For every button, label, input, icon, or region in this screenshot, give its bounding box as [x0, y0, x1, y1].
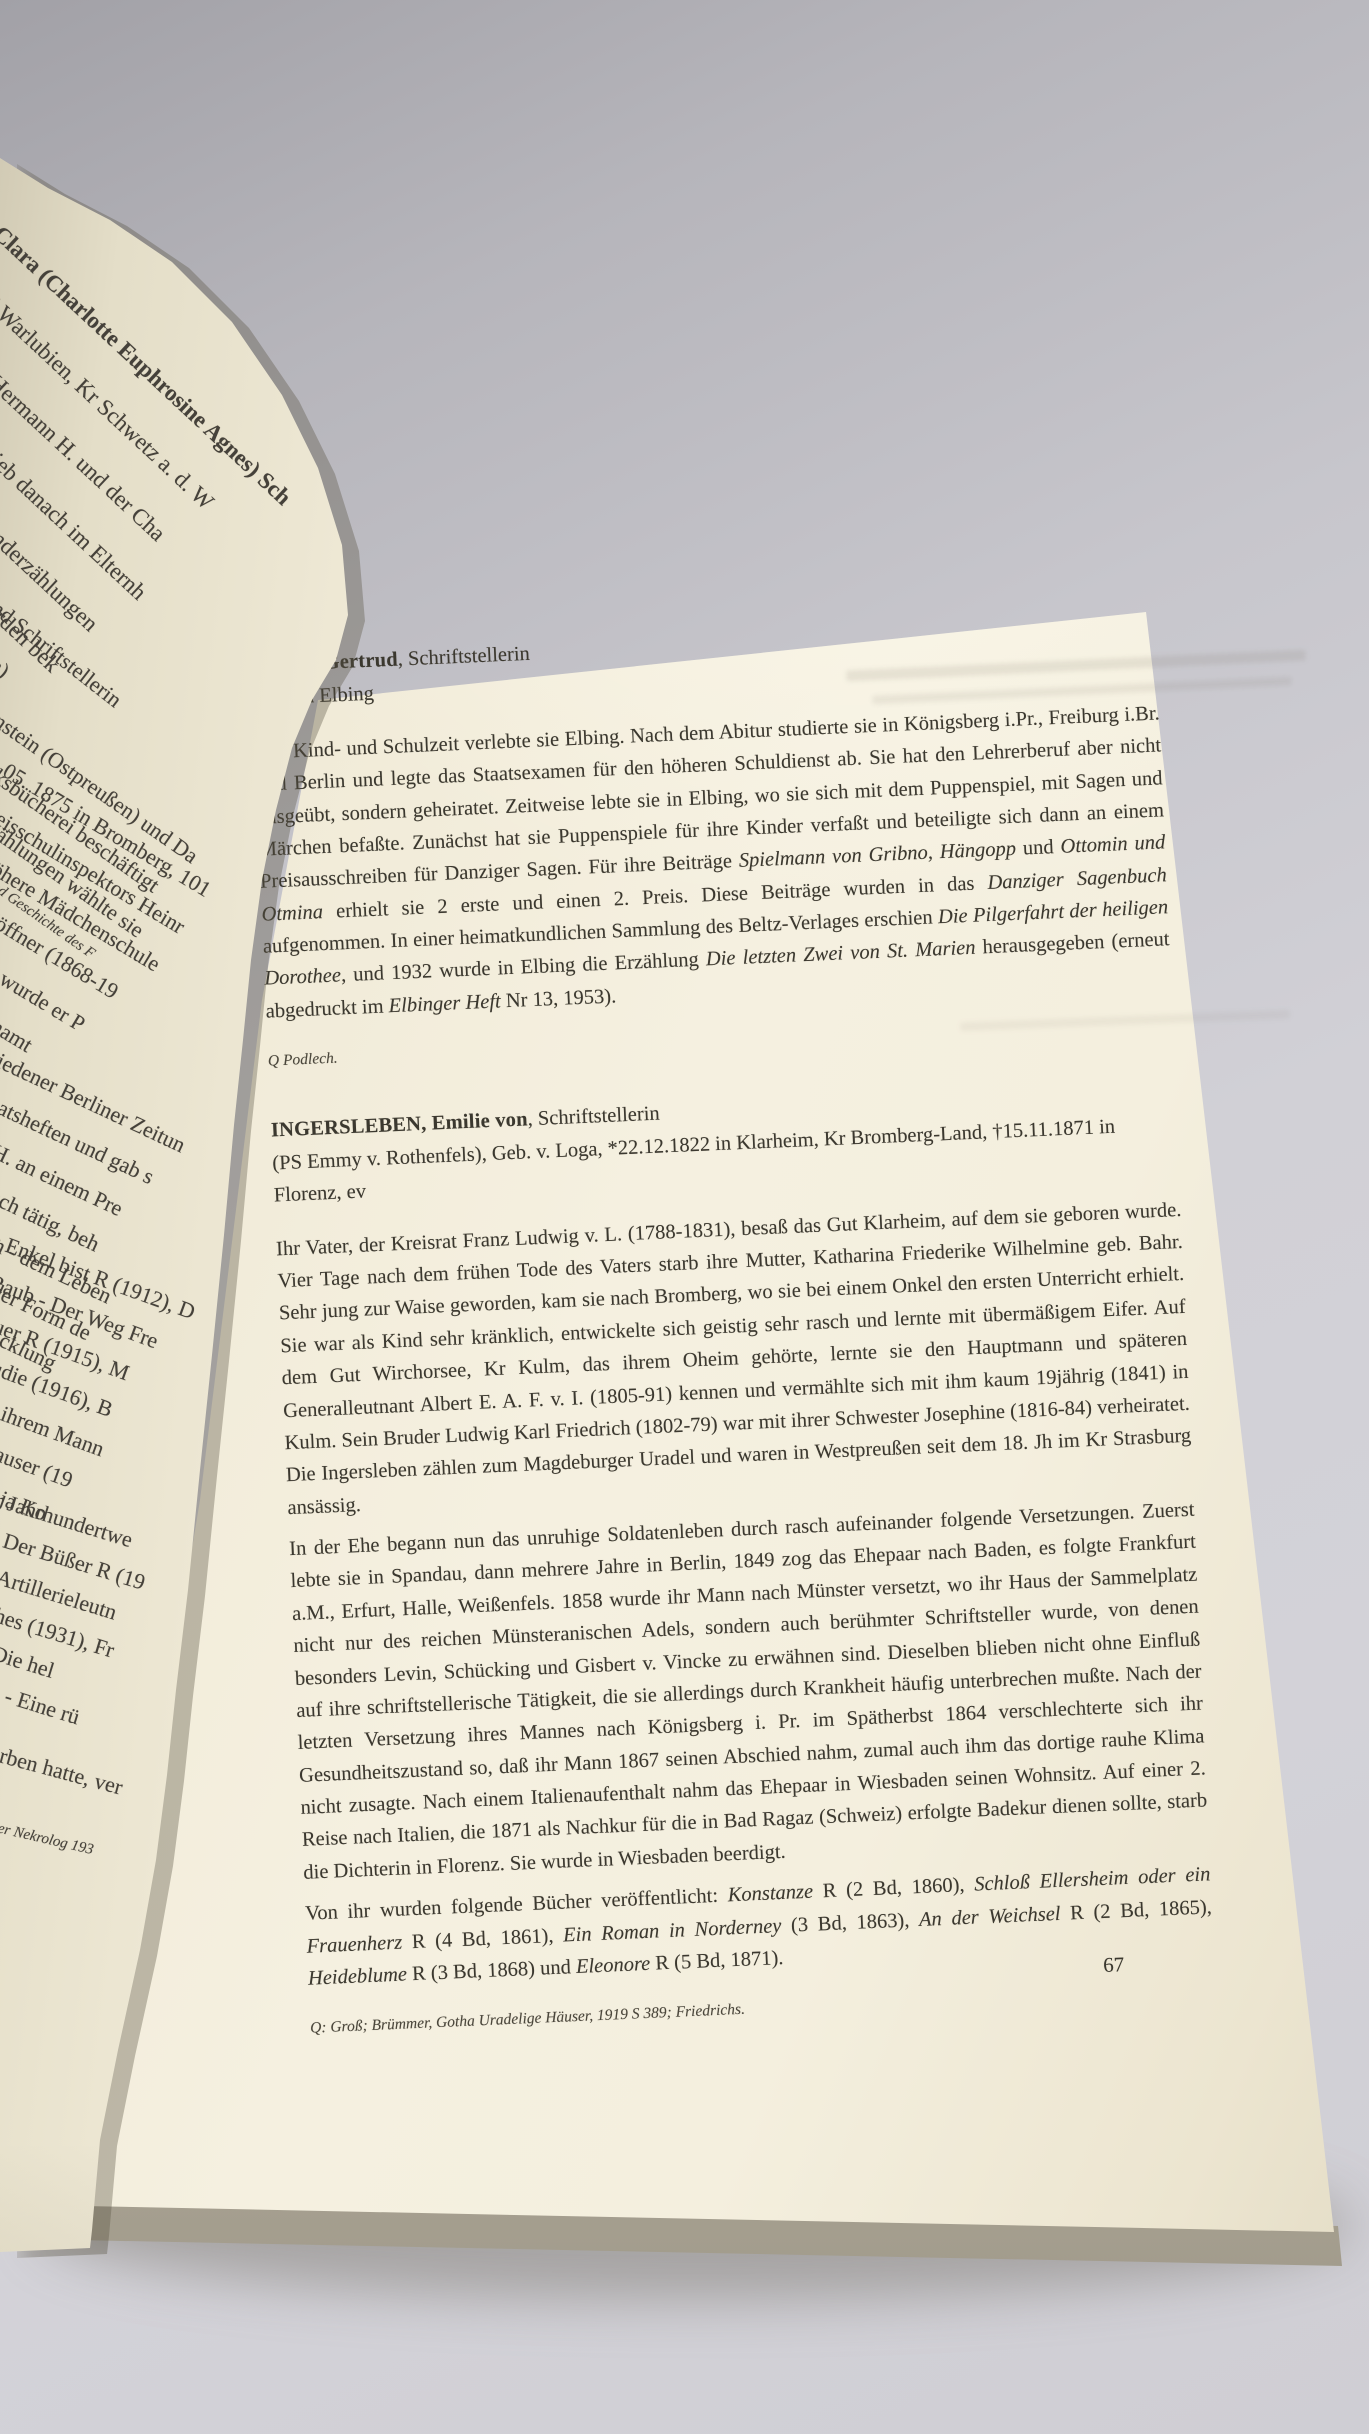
biography-entry: HORN, Gertrud, Schriftstellerin1884 in E…: [250, 610, 1174, 1074]
work-title: Eleonore: [575, 1953, 650, 1978]
work-title: Spielmann von Gribno, Hängopp: [738, 838, 1016, 872]
body-text: R (2 Bd, 1865),: [1060, 1896, 1212, 1925]
work-title: Elbinger Heft: [388, 990, 501, 1017]
entry-paragraph: Ihre Kind- und Schulzeit verlebte sie El…: [254, 697, 1172, 1028]
entry-paragraph: Ihr Vater, der Kreisrat Franz Ludwig v. …: [275, 1194, 1193, 1525]
entry-role: , Schriftstellerin: [397, 643, 530, 671]
work-title: Ein Roman in Norderney: [563, 1915, 782, 1947]
turned-text-line: orben hatte, ver: [0, 1735, 127, 1805]
body-text: Ihr Vater, der Kreisrat Franz Ludwig v. …: [276, 1199, 1192, 1519]
body-text: R (5 Bd, 1871).: [650, 1947, 784, 1975]
book-photo: HORN, Gertrud, Schriftstellerin1884 in E…: [0, 0, 1369, 2434]
turned-text-cluster: ner Nekrolog 193: [0, 1812, 97, 1865]
work-title: Heideblume: [308, 1963, 408, 1989]
biography-entry: INGERSLEBEN, Emilie von, Schriftstelleri…: [270, 1075, 1216, 2042]
body-text: , und 1932 wurde in Elbing die Erzählung: [340, 949, 706, 987]
biography-entries: HORN, Gertrud, Schriftstellerin1884 in E…: [250, 610, 1216, 2041]
work-title: Danziger Sagenbuch: [987, 864, 1167, 894]
page-number: 67: [1102, 1948, 1124, 1982]
body-text: Ihre Kind- und Schulzeit verlebte sie El…: [254, 702, 1164, 893]
work-title: Konstanze: [727, 1881, 813, 1907]
work-title: An der Weichsel: [919, 1902, 1061, 1930]
turned-text-line: ner Nekrolog 193: [0, 1812, 97, 1865]
entry-name: INGERSLEBEN, Emilie von: [270, 1108, 528, 1141]
body-text: In der Ehe begann nun das unruhige Solda…: [289, 1499, 1208, 1884]
body-text: R (3 Bd, 1868) und: [406, 1956, 576, 1985]
body-text: (3 Bd, 1863),: [781, 1909, 920, 1937]
body-text: R (2 Bd, 1860),: [813, 1874, 975, 1903]
turned-text-cluster: orben hatte, ver: [0, 1735, 127, 1805]
body-text: R (4 Bd, 1861),: [402, 1924, 564, 1953]
turned-text-cluster: er Jahrhundertwe7), Der Büßer R (19des A…: [0, 1478, 161, 1742]
entry-role: , Schriftstellerin: [527, 1102, 660, 1130]
body-text: Nr 13, 1953).: [500, 985, 616, 1012]
entry-paragraph: In der Ehe begann nun das unruhige Solda…: [289, 1494, 1210, 1889]
work-title: Die letzten Zwei von St. Marien: [705, 937, 976, 971]
right-page-text: HORN, Gertrud, Schriftstellerin1884 in E…: [250, 610, 1216, 2041]
body-text: und: [1016, 836, 1061, 860]
